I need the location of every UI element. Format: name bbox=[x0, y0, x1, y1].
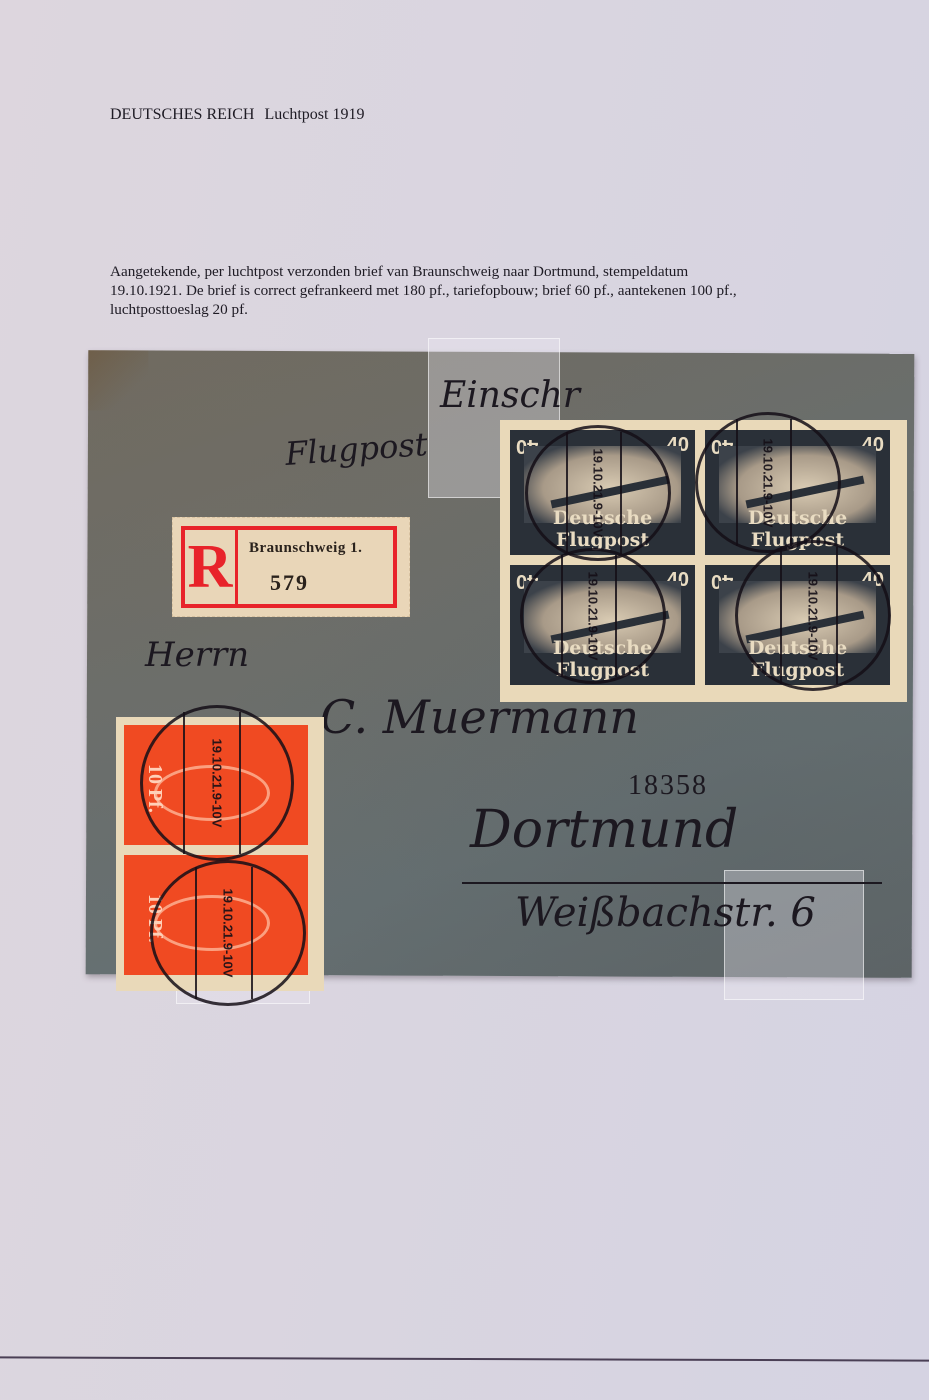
address-underline bbox=[462, 882, 882, 884]
postmark-date: 19.10.21.9-10V bbox=[586, 572, 601, 661]
caption-line: Aangetekende, per luchtpost verzonden br… bbox=[110, 262, 870, 281]
postmark-date: 19.10.21.9-10V bbox=[806, 571, 821, 660]
postmark: 19.10.21.9-10V bbox=[520, 548, 666, 684]
description-caption: Aangetekende, per luchtpost verzonden br… bbox=[110, 262, 870, 319]
control-number: 18358 bbox=[628, 770, 708, 802]
registration-label: R Braunschweig 1. 579 bbox=[172, 517, 410, 617]
postmark: 19.10.21.9-10V bbox=[695, 412, 841, 553]
handwritten-street: Weißbachstr. 6 bbox=[515, 890, 816, 936]
postmark: 19.10.21.9-10V bbox=[525, 425, 671, 561]
postmark-date: 19.10.21.9-10V bbox=[591, 449, 606, 538]
topic-heading: Luchtpost 1919 bbox=[264, 106, 364, 123]
postmark: 19.10.21.9-10V bbox=[150, 860, 306, 1006]
postmark-date: 19.10.21.9-10V bbox=[210, 739, 225, 828]
handwritten-city: Dortmund bbox=[470, 800, 738, 860]
registered-r-icon: R bbox=[185, 530, 238, 604]
postmark-date: 19.10.21.9-10V bbox=[761, 438, 776, 527]
postmark-date: 19.10.21.9-10V bbox=[221, 889, 236, 978]
country-heading: DEUTSCHES REICH bbox=[110, 106, 254, 123]
caption-line: 19.10.1921. De brief is correct gefranke… bbox=[110, 281, 870, 300]
handwritten-salutation: Herrn bbox=[145, 635, 249, 675]
page-border-line bbox=[0, 1356, 929, 1361]
postmark: 19.10.21.9-10V bbox=[735, 540, 891, 691]
registration-number: 579 bbox=[270, 570, 309, 596]
handwritten-registered-note: Einschr bbox=[440, 375, 580, 416]
registration-office: Braunschweig 1. bbox=[249, 540, 362, 557]
postmark: 19.10.21.9-10V bbox=[140, 705, 294, 861]
caption-line: luchtposttoeslag 20 pf. bbox=[110, 300, 870, 319]
registration-frame: R Braunschweig 1. 579 bbox=[181, 526, 397, 608]
page-title: DEUTSCHES REICHLuchtpost 1919 bbox=[110, 106, 364, 124]
